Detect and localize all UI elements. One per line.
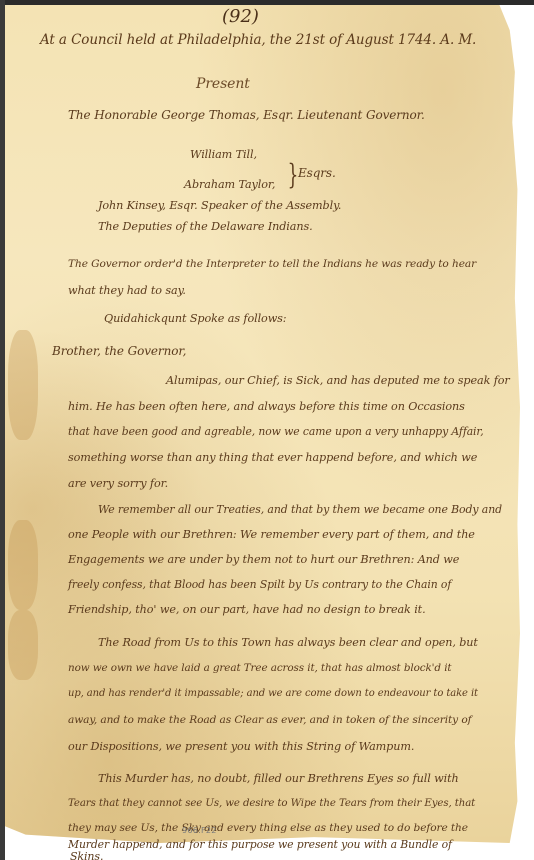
text-line: are very sorry for. <box>68 477 168 490</box>
text-line: Alumipas, our Chief, is Sick, and has de… <box>166 374 510 387</box>
text-line: our Dispositions, we present you with th… <box>68 740 414 753</box>
text-line: Friendship, tho' we, on our part, have h… <box>68 603 426 616</box>
catalog-note: 966.F22 <box>182 826 217 835</box>
text-line: something worse than any thing that ever… <box>68 451 477 464</box>
text-line: This Murder has, no doubt, filled our Br… <box>98 772 459 785</box>
attendee-deputies: The Deputies of the Delaware Indians. <box>98 220 313 233</box>
text-line: Tears that they cannot see Us, we desire… <box>68 798 475 809</box>
text-line: one People with our Brethren: We remembe… <box>68 528 475 541</box>
text-line: that have been good and agreable, now we… <box>68 425 484 438</box>
text-line: away, and to make the Road as Clear as e… <box>68 714 471 726</box>
folio-number: (92) <box>222 6 259 27</box>
text-line: Skins. <box>70 850 103 860</box>
council-suffix: Esqrs. <box>298 166 336 180</box>
attendee-council-1: William Till, <box>190 148 257 161</box>
text-line: Quidahickqunt Spoke as follows: <box>104 312 286 325</box>
text-line: him. He has been often here, and always … <box>68 400 465 413</box>
present-label: Present <box>196 76 250 92</box>
council-heading: At a Council held at Philadelphia, the 2… <box>40 32 476 48</box>
text-line: The Governor order'd the Interpreter to … <box>68 258 476 270</box>
attendee-council-2: Abraham Taylor, <box>184 178 275 191</box>
text-line: We remember all our Treaties, and that b… <box>98 503 502 516</box>
attendee-governor: The Honorable George Thomas, Esqr. Lieut… <box>68 108 425 122</box>
text-line: now we own we have laid a great Tree acr… <box>68 662 452 674</box>
attendee-speaker: John Kinsey, Esqr. Speaker of the Assemb… <box>98 199 341 212</box>
text-line: The Road from Us to this Town has always… <box>98 636 478 649</box>
brace-glyph: } <box>288 158 299 191</box>
text-line: freely confess, that Blood has been Spil… <box>68 578 451 591</box>
manuscript-text: (92) At a Council held at Philadelphia, … <box>0 0 534 860</box>
text-line: they may see Us, the Sky and every thing… <box>68 822 468 834</box>
text-line: what they had to say. <box>68 284 186 297</box>
text-line: up, and has render'd it impassable; and … <box>68 688 478 699</box>
text-line: Murder happend, and for this purpose we … <box>68 838 452 851</box>
salutation: Brother, the Governor, <box>52 344 186 358</box>
text-line: Engagements we are under by them not to … <box>68 553 459 566</box>
